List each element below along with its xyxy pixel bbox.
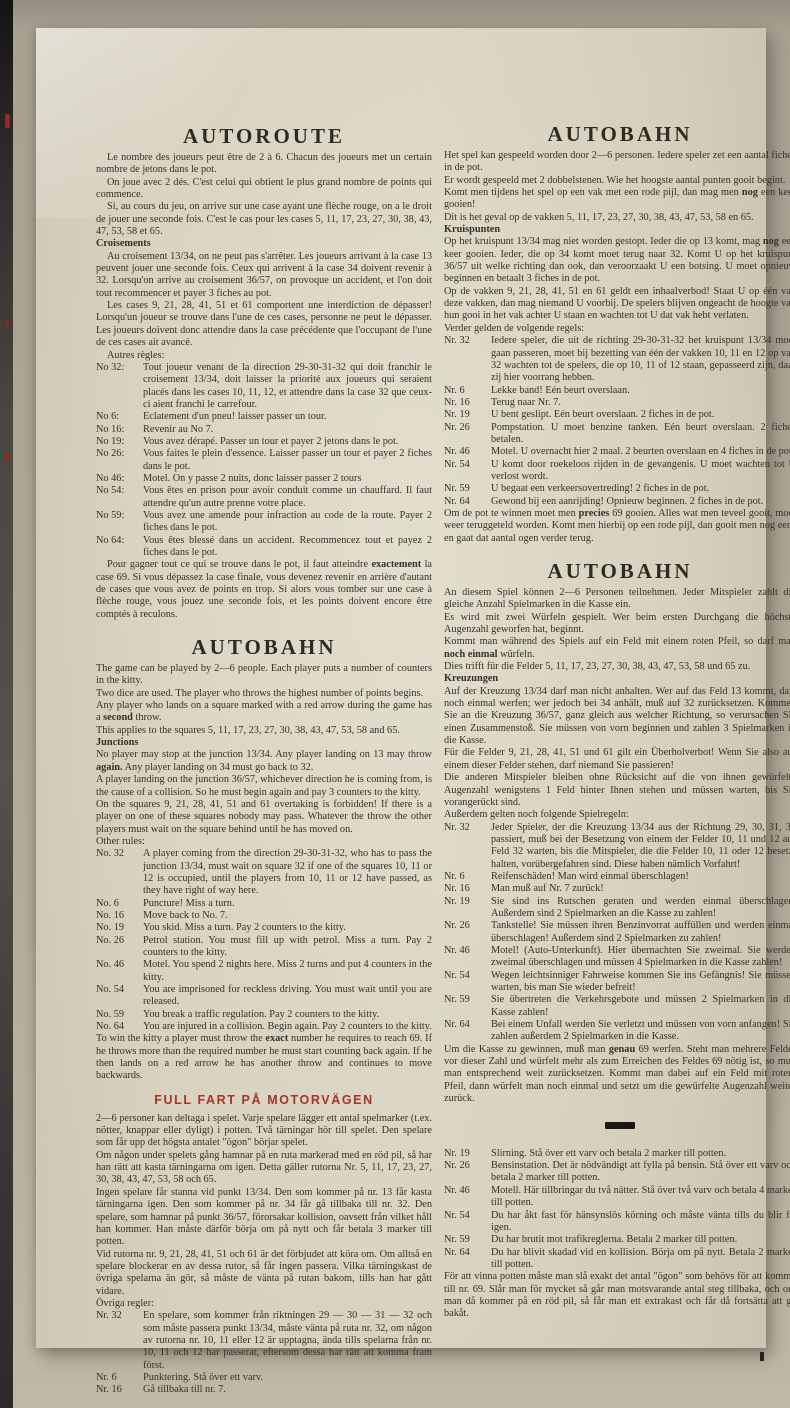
photo-left-edge	[0, 0, 13, 1408]
photo-top-shadow	[0, 0, 790, 30]
rule-text: Tout joueur venant de la direction 29-30…	[143, 362, 432, 411]
rule-number: Nr. 26	[444, 920, 491, 945]
paper-corner-mark	[760, 1352, 764, 1361]
rule-number: Nr. 64	[444, 1019, 491, 1044]
paragraph: Die anderen Mitspieler bleiben ohne Rück…	[444, 772, 790, 809]
rule-text: Iedere speler, die uit de richting 29-30…	[491, 335, 790, 384]
rule-row: Nr. 6Punktering. Stå över ett varv.	[96, 1372, 432, 1384]
rule-number: Nr. 64	[444, 496, 491, 508]
rule-number: No 32:	[96, 362, 143, 411]
rule-row: No. 32A player coming from the direction…	[96, 848, 432, 897]
rule-text: Vous faites le plein d'essence. Laisser …	[143, 448, 432, 473]
rule-number: Nr. 54	[444, 1210, 491, 1235]
paragraph: Ingen spelare får stanna vid punkt 13/34…	[96, 1187, 432, 1249]
rule-row: No. 59You break a traffic regulation. Pa…	[96, 1009, 432, 1021]
paragraph: The game can be played by 2—6 people. Ea…	[96, 663, 432, 688]
rule-text: Gå tillbaka till nr. 7.	[143, 1384, 432, 1396]
paragraph: Verder gelden de volgende regels:	[444, 323, 790, 335]
rule-number: Nr. 32	[444, 822, 491, 871]
rule-row: No 46:Motel. On y passe 2 nuits, donc la…	[96, 473, 432, 485]
paragraph: Dies trifft für die Felder 5, 11, 17, 23…	[444, 661, 790, 673]
paragraph: Les cases 9, 21, 28, 41, 51 et 61 compor…	[96, 300, 432, 349]
rule-text: Bensinstation. Det är nödvändigt att fyl…	[491, 1160, 790, 1185]
rule-text: Du har åkt fast för hänsynslös körning o…	[491, 1210, 790, 1235]
rule-text: U komt door roekeloos rijden in de gevan…	[491, 459, 790, 484]
subheading: Kreuzungen	[444, 673, 790, 685]
rules-column-right: AUTOBAHNHet spel kan gespeeld worden doo…	[444, 120, 790, 1321]
rule-row: Nr. 26Bensinstation. Det är nödvändigt a…	[444, 1160, 790, 1185]
rule-text: You are imprisoned for reckless driving.…	[143, 984, 432, 1009]
rule-text: Terug naar Nr. 7.	[491, 397, 790, 409]
rule-row: Nr. 46Motel! (Auto-Unterkunft). Hier übe…	[444, 945, 790, 970]
rule-text: Jeder Spieler, der die Kreuzung 13/34 au…	[491, 822, 790, 871]
rule-text: En spelare, som kommer från riktningen 2…	[143, 1310, 432, 1372]
rule-number: Nr. 6	[444, 385, 491, 397]
rule-text: Gewond bij een aanrijding! Opnieuw begin…	[491, 496, 790, 508]
paragraph: 2—6 personer kan deltaga i spelet. Varje…	[96, 1113, 432, 1150]
rule-number: No 16:	[96, 424, 143, 436]
rule-text: Motell. Här tillbringar du två nätter. S…	[491, 1185, 790, 1210]
rule-row: Nr. 32Jeder Spieler, der die Kreuzung 13…	[444, 822, 790, 871]
rule-row: Nr. 32En spelare, som kommer från riktni…	[96, 1310, 432, 1372]
paragraph: Außerdem gelten noch folgende Spielregel…	[444, 809, 790, 821]
rule-row: Nr. 6Reifenschäden! Man wird einmal über…	[444, 871, 790, 883]
rule-number: Nr. 46	[444, 1185, 491, 1210]
rule-number: No. 46	[96, 959, 143, 984]
rule-number: Nr. 16	[444, 883, 491, 895]
rule-text: Eclatement d'un pneu! laisser passer un …	[143, 411, 432, 423]
rule-text: Vous êtes blessé dans un accident. Recom…	[143, 535, 432, 560]
red-speck	[5, 452, 9, 462]
rule-row: No 54:Vous êtes en prison pour avoir con…	[96, 485, 432, 510]
rule-number: Nr. 46	[444, 446, 491, 458]
paragraph: För att vinna potten måste man slå exakt…	[444, 1271, 790, 1320]
rule-row: Nr. 6Lekke band! Eén beurt overslaan.	[444, 385, 790, 397]
rule-row: No. 19You skid. Miss a turn. Pay 2 count…	[96, 922, 432, 934]
rule-number: No. 19	[96, 922, 143, 934]
rule-row: No. 54You are imprisoned for reckless dr…	[96, 984, 432, 1009]
rule-text: Vous avez une amende pour infraction au …	[143, 510, 432, 535]
rule-number: Nr. 19	[444, 1148, 491, 1160]
paragraph: A player landing on the junction 36/57, …	[96, 774, 432, 799]
paragraph: Auf der Kreuzung 13/34 darf man nicht an…	[444, 686, 790, 748]
section-divider	[444, 1121, 790, 1133]
rule-text: Du har blivit skadad vid en kollision. B…	[491, 1247, 790, 1272]
paragraph: Op de vakken 9, 21, 28, 41, 51 en 61 gel…	[444, 286, 790, 323]
rule-text: A player coming from the direction 29-30…	[143, 848, 432, 897]
rule-text: Puncture! Miss a turn.	[143, 898, 432, 910]
rule-number: Nr. 59	[444, 1234, 491, 1246]
subheading: Croisements	[96, 238, 432, 250]
rule-row: Nr. 54Du har åkt fast för hänsynslös kör…	[444, 1210, 790, 1235]
paragraph: Um die Kasse zu gewinnen, muß man genau …	[444, 1044, 790, 1106]
red-speck	[5, 320, 9, 329]
paragraph: Le nombre des joueurs peut être de 2 à 6…	[96, 152, 432, 177]
rule-number: No. 64	[96, 1021, 143, 1033]
rule-number: Nr. 46	[444, 945, 491, 970]
rule-text: Petrol station. You must fill up with pe…	[143, 935, 432, 960]
rule-text: U bent geslipt. Eén beurt overslaan. 2 f…	[491, 409, 790, 421]
subheading: Junctions	[96, 737, 432, 749]
rule-row: No. 26Petrol station. You must fill up w…	[96, 935, 432, 960]
rule-row: No. 6Puncture! Miss a turn.	[96, 898, 432, 910]
rule-row: Nr. 16Terug naar Nr. 7.	[444, 397, 790, 409]
rules-column-left: AUTOROUTELe nombre des joueurs peut être…	[96, 122, 432, 1397]
paragraph: Om någon under spelets gång hamnar på en…	[96, 1150, 432, 1187]
section-title: AUTOROUTE	[96, 124, 432, 148]
paragraph: Two dice are used. The player who throws…	[96, 688, 432, 700]
rule-number: No 54:	[96, 485, 143, 510]
rule-number: Nr. 16	[96, 1384, 143, 1396]
paragraph: An diesem Spiel können 2—6 Personen teil…	[444, 587, 790, 612]
rule-text: You skid. Miss a turn. Pay 2 counters to…	[143, 922, 432, 934]
rule-number: Nr. 32	[96, 1310, 143, 1372]
rule-number: No 64:	[96, 535, 143, 560]
rule-number: Nr. 54	[444, 459, 491, 484]
paragraph: Komt men tijdens het spel op een vak met…	[444, 187, 790, 212]
rule-text: Bei einem Unfall werden Sie verletzt und…	[491, 1019, 790, 1044]
rule-row: Nr. 54U komt door roekeloos rijden in de…	[444, 459, 790, 484]
rule-text: Reifenschäden! Man wird einmal überschla…	[491, 871, 790, 883]
rule-text: Motel. You spend 2 nights here. Miss 2 t…	[143, 959, 432, 984]
rule-number: No 59:	[96, 510, 143, 535]
subheading: Kruispunten	[444, 224, 790, 236]
rule-row: No 26:Vous faites le plein d'essence. La…	[96, 448, 432, 473]
rule-row: Nr. 19Slirning. Stå över ett varv och be…	[444, 1148, 790, 1160]
rule-text: Motel. U overnacht hier 2 maal. 2 beurte…	[491, 446, 790, 458]
rule-row: No 6:Eclatement d'un pneu! laisser passe…	[96, 411, 432, 423]
section-title: AUTOBAHN	[444, 559, 790, 583]
rule-text: You are injured in a collision. Begin ag…	[143, 1021, 432, 1033]
rule-number: Nr. 54	[444, 970, 491, 995]
rule-text: Vous êtes en prison pour avoir conduit c…	[143, 485, 432, 510]
rule-number: No. 59	[96, 1009, 143, 1021]
paragraph: Kommt man während des Spiels auf ein Fel…	[444, 636, 790, 661]
red-speck	[5, 114, 10, 128]
rule-row: Nr. 59U begaat een verkeersovertreding! …	[444, 483, 790, 495]
rule-row: No 16:Revenir au No 7.	[96, 424, 432, 436]
paragraph: To win the kitty a player must throw the…	[96, 1033, 432, 1082]
rule-row: Nr. 19U bent geslipt. Eén beurt overslaa…	[444, 409, 790, 421]
paragraph: Het spel kan gespeeld worden door 2—6 pe…	[444, 150, 790, 175]
rule-text: Motel! (Auto-Unterkunft). Hier übernacht…	[491, 945, 790, 970]
rule-row: Nr. 26Pompstation. U moet benzine tanken…	[444, 422, 790, 447]
rule-number: Nr. 6	[444, 871, 491, 883]
rule-text: Wegen leichtsinniger Fahrweise kommen Si…	[491, 970, 790, 995]
rule-row: Nr. 46Motel. U overnacht hier 2 maal. 2 …	[444, 446, 790, 458]
rule-row: Nr. 16Gå tillbaka till nr. 7.	[96, 1384, 432, 1396]
photo-of-rules-sheet: { "accent_red": "#a5342a", "paper_color"…	[0, 0, 790, 1408]
paragraph: On the squares 9, 21, 28, 41, 51 and 61 …	[96, 799, 432, 836]
rule-row: Nr. 46Motell. Här tillbringar du två nät…	[444, 1185, 790, 1210]
rule-number: Nr. 59	[444, 483, 491, 495]
rule-text: Tankstelle! Sie müssen ihren Benzinvorra…	[491, 920, 790, 945]
rule-number: Nr. 32	[444, 335, 491, 384]
paragraph: Vid rutorna nr. 9, 21, 28, 41, 51 och 61…	[96, 1249, 432, 1298]
section-title-red: FULL FART PÅ MOTORVÄGEN	[96, 1093, 432, 1108]
rule-text: Sie sind ins Rutschen geraten und werden…	[491, 896, 790, 921]
paragraph: Op het kruispunt 13/34 mag niet worden g…	[444, 236, 790, 285]
paragraph: Es wird mit zwei Würfeln gespielt. Wer b…	[444, 612, 790, 637]
paragraph: Om de pot te winnen moet men precies 69 …	[444, 508, 790, 545]
rule-row: Nr. 59Du har brutit mot trafikreglerna. …	[444, 1234, 790, 1246]
rule-row: Nr. 64Du har blivit skadad vid en kollis…	[444, 1247, 790, 1272]
rule-text: Revenir au No 7.	[143, 424, 432, 436]
rule-number: No. 26	[96, 935, 143, 960]
rule-number: Nr. 64	[444, 1247, 491, 1272]
rule-number: No 26:	[96, 448, 143, 473]
rule-number: No. 54	[96, 984, 143, 1009]
rule-number: Nr. 26	[444, 1160, 491, 1185]
rule-row: No 64:Vous êtes blessé dans un accident.…	[96, 535, 432, 560]
paragraph: Er wordt gespeeld met 2 dobbelstenen. Wi…	[444, 175, 790, 187]
rule-text: Move back to No. 7.	[143, 910, 432, 922]
rule-number: Nr. 16	[444, 397, 491, 409]
section-title: AUTOBAHN	[96, 635, 432, 659]
rule-row: Nr. 64Gewond bij een aanrijding! Opnieuw…	[444, 496, 790, 508]
rule-row: Nr. 54Wegen leichtsinniger Fahrweise kom…	[444, 970, 790, 995]
rule-row: No 19:Vous avez dérapé. Passer un tour e…	[96, 436, 432, 448]
rule-row: Nr. 59Sie übertreten die Verkehrsgebote …	[444, 994, 790, 1019]
rule-text: Punktering. Stå över ett varv.	[143, 1372, 432, 1384]
rule-number: Nr. 26	[444, 422, 491, 447]
paragraph: Für die Felder 9, 21, 28, 41, 51 und 61 …	[444, 747, 790, 772]
rule-text: Pompstation. U moet benzine tanken. Eén …	[491, 422, 790, 447]
paragraph: This applies to the squares 5, 11, 17, 2…	[96, 725, 432, 737]
rule-text: Du har brutit mot trafikreglerna. Betala…	[491, 1234, 790, 1246]
rule-number: No. 6	[96, 898, 143, 910]
rule-number: No 46:	[96, 473, 143, 485]
rule-row: Nr. 16Man muß auf Nr. 7 zurück!	[444, 883, 790, 895]
rule-row: Nr. 26Tankstelle! Sie müssen ihren Benzi…	[444, 920, 790, 945]
rule-text: Man muß auf Nr. 7 zurück!	[491, 883, 790, 895]
rule-number: Nr. 6	[96, 1372, 143, 1384]
rule-row: Nr. 64Bei einem Unfall werden Sie verlet…	[444, 1019, 790, 1044]
section-title: AUTOBAHN	[444, 122, 790, 146]
paragraph: Other rules:	[96, 836, 432, 848]
paragraph: Övriga regler:	[96, 1298, 432, 1310]
rule-text: U begaat een verkeersovertreding! 2 fich…	[491, 483, 790, 495]
rule-text: You break a traffic regulation. Pay 2 co…	[143, 1009, 432, 1021]
rule-row: No. 46Motel. You spend 2 nights here. Mi…	[96, 959, 432, 984]
rule-number: Nr. 19	[444, 409, 491, 421]
rule-text: Vous avez dérapé. Passer un tour et paye…	[143, 436, 432, 448]
paragraph: No player may stop at the junction 13/34…	[96, 749, 432, 774]
divider-bar	[605, 1122, 635, 1129]
rule-row: No 32:Tout joueur venant de la direction…	[96, 362, 432, 411]
rule-number: No. 32	[96, 848, 143, 897]
paragraph: Si, au cours du jeu, on arrive sur une c…	[96, 201, 432, 238]
rule-text: Slirning. Stå över ett varv och betala 2…	[491, 1148, 790, 1160]
paragraph: Autres règles:	[96, 350, 432, 362]
paragraph: On joue avec 2 dés. C'est celui qui obti…	[96, 177, 432, 202]
rule-number: Nr. 59	[444, 994, 491, 1019]
rule-row: No 59:Vous avez une amende pour infracti…	[96, 510, 432, 535]
rule-row: Nr. 19Sie sind ins Rutschen geraten und …	[444, 896, 790, 921]
rule-row: No. 64You are injured in a collision. Be…	[96, 1021, 432, 1033]
rule-row: Nr. 32Iedere speler, die uit de richting…	[444, 335, 790, 384]
rule-number: No 19:	[96, 436, 143, 448]
paragraph: Au croisement 13/34, on ne peut pas s'ar…	[96, 251, 432, 300]
rules-sheet-paper: AUTOROUTELe nombre des joueurs peut être…	[36, 28, 766, 1348]
rule-text: Motel. On y passe 2 nuits, donc laisser …	[143, 473, 432, 485]
rule-text: Lekke band! Eén beurt overslaan.	[491, 385, 790, 397]
paragraph: Dit is het geval op de vakken 5, 11, 17,…	[444, 212, 790, 224]
rule-row: No. 16Move back to No. 7.	[96, 910, 432, 922]
rule-number: Nr. 19	[444, 896, 491, 921]
rule-number: No 6:	[96, 411, 143, 423]
paragraph: Pour gagner tout ce qui se trouve dans l…	[96, 559, 432, 621]
rule-text: Sie übertreten die Verkehrsgebote und mü…	[491, 994, 790, 1019]
paragraph: Any player who lands on a square marked …	[96, 700, 432, 725]
rule-number: No. 16	[96, 910, 143, 922]
